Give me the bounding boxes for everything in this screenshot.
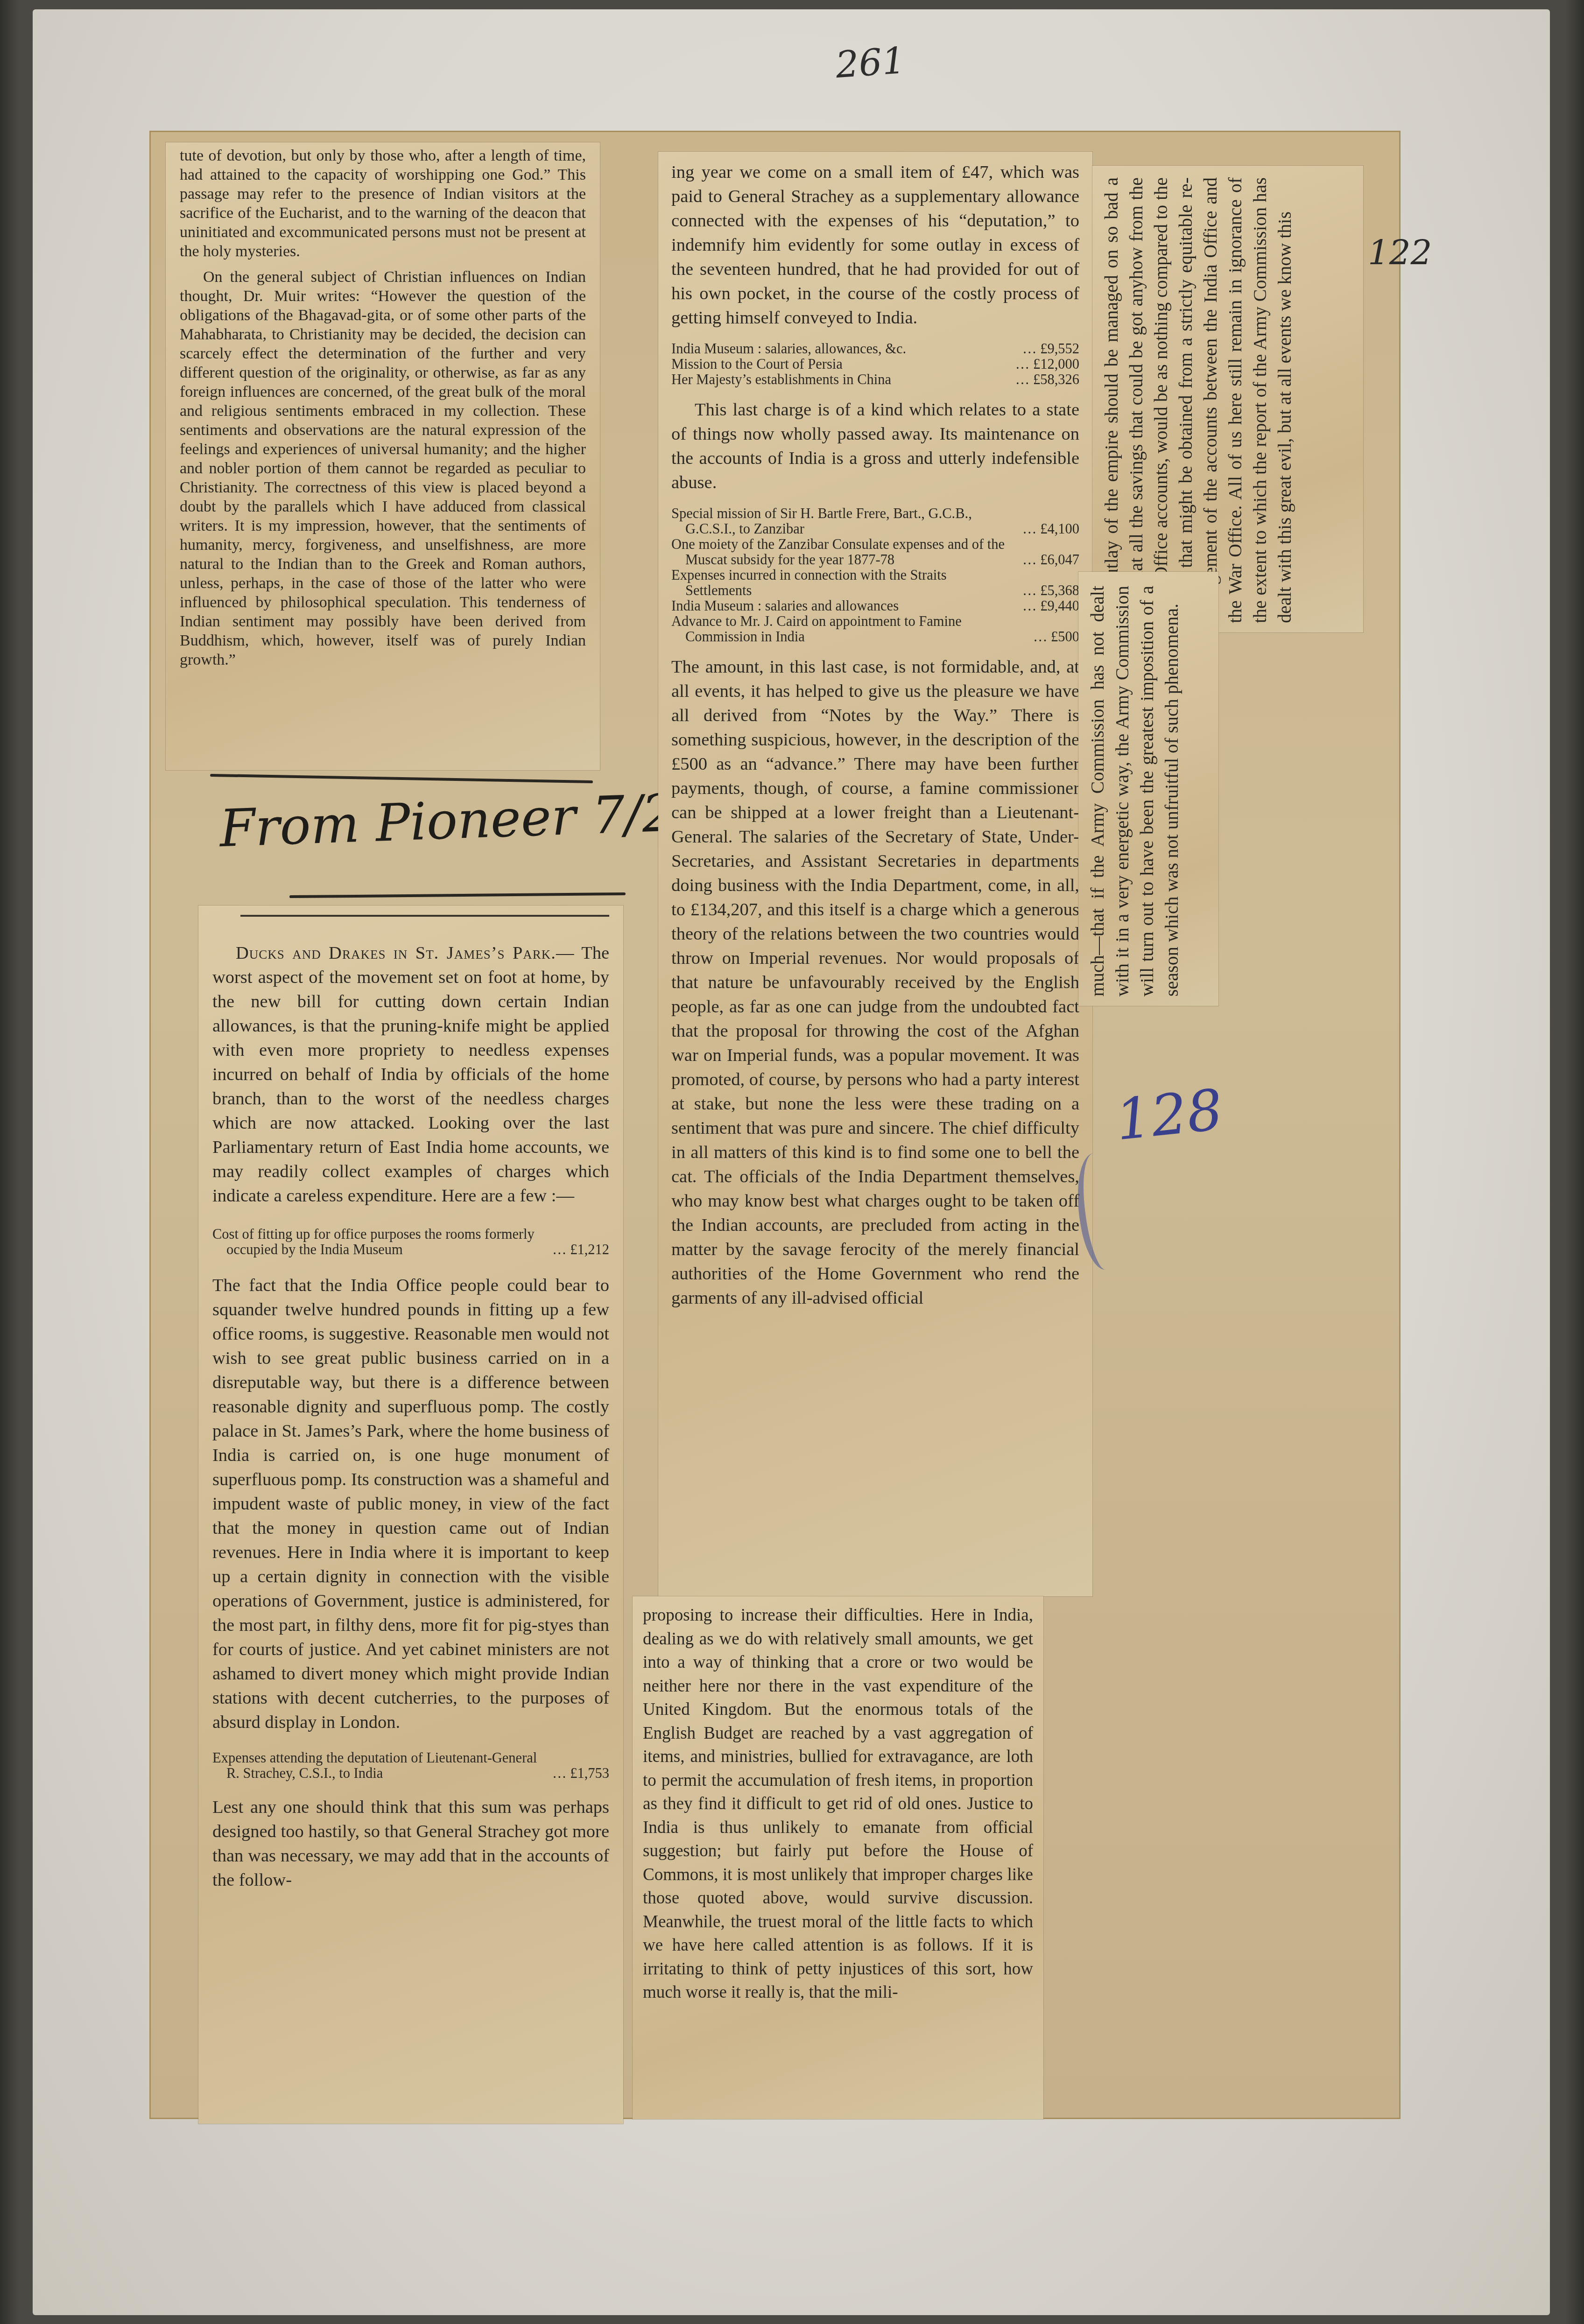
ledger-row: Cost of fitting up for office purposes t…: [212, 1227, 609, 1257]
article-heading: Ducks and Drakes in St. James’s Park.—: [236, 943, 574, 963]
clipping-ducks-and-drakes: Ducks and Drakes in St. James’s Park.— T…: [198, 906, 623, 2124]
ledger-row: Expenses attending the deputation of Lie…: [212, 1750, 609, 1781]
ledger-item: India Museum : salaries, allowances, &c.: [671, 341, 1013, 357]
ledger-row: Advance to Mr. J. Caird on appointment t…: [671, 614, 1079, 645]
ledger-amount: … £58,326: [1006, 372, 1079, 387]
ledger-item: Advance to Mr. J. Caird on appointment t…: [671, 614, 1024, 645]
folio-mark: 122: [1368, 233, 1432, 273]
ledger-row: India Museum : salaries and allowances ……: [671, 598, 1079, 614]
ledger-item: Mission to the Court of Persia: [671, 357, 1006, 372]
rotated-text-block: tary outlay of the empire should be mana…: [1099, 173, 1297, 628]
paragraph: much—that if the Army Commission has not…: [1085, 586, 1184, 997]
paragraph: proposing to increase their difficulties…: [643, 1604, 1033, 2005]
clipping-middle-column: ing year we come on a small item of £47,…: [658, 152, 1092, 1596]
clipping-rotated-military-outlay: tary outlay of the empire should be mana…: [1092, 166, 1363, 632]
paragraph: On the general subject of Christian infl…: [180, 267, 586, 669]
expense-ledger: India Museum : salaries, allowances, &c.…: [671, 341, 1079, 387]
ledger-row: One moiety of the Zanzibar Consulate exp…: [671, 537, 1079, 568]
paragraph: ing year we come on a small item of £47,…: [671, 160, 1079, 330]
ledger-item: India Museum : salaries and allowances: [671, 598, 1013, 614]
column-rule: [240, 915, 609, 917]
paragraph: The amount, in this last case, is not fo…: [671, 655, 1079, 1310]
expense-ledger: Cost of fitting up for office purposes t…: [212, 1227, 609, 1257]
clipping-christian-influences: tute of devotion, but only by those who,…: [166, 142, 600, 770]
ledger-item: Special mission of Sir H. Bartle Frere, …: [671, 506, 1013, 537]
ledger-amount: … £9,552: [1013, 341, 1079, 357]
blue-pencil-mark: 128: [1112, 1077, 1225, 1153]
ledger-item: Expenses attending the deputation of Lie…: [212, 1750, 543, 1781]
ledger-amount: … £6,047: [1013, 552, 1079, 568]
expense-ledger: Special mission of Sir H. Bartle Frere, …: [671, 506, 1079, 645]
ledger-row: Special mission of Sir H. Bartle Frere, …: [671, 506, 1079, 537]
clipping-middle-lower: proposing to increase their difficulties…: [633, 1596, 1043, 2119]
rotated-text-block: much—that if the Army Commission has not…: [1085, 581, 1184, 1001]
ledger-row: Expenses incurred in connection with the…: [671, 568, 1079, 598]
paragraph: This last charge is of a kind which rela…: [671, 398, 1079, 495]
ledger-item: One moiety of the Zanzibar Consulate exp…: [671, 537, 1013, 568]
ledger-item: Expenses incurred in connection with the…: [671, 568, 1013, 598]
ledger-amount: … £1,753: [543, 1766, 609, 1781]
ledger-amount: … £4,100: [1013, 521, 1079, 537]
ledger-row: India Museum : salaries, allowances, &c.…: [671, 341, 1079, 357]
ledger-item: Her Majesty’s establishments in China: [671, 372, 1006, 387]
ledger-amount: … £1,212: [543, 1242, 609, 1257]
page-number: 261: [834, 40, 907, 86]
ledger-row: Her Majesty’s establishments in China … …: [671, 372, 1079, 387]
ledger-amount: … £12,000: [1006, 357, 1079, 372]
ledger-amount: … £5,368: [1013, 583, 1079, 598]
expense-ledger: Expenses attending the deputation of Lie…: [212, 1750, 609, 1781]
paragraph: Lest any one should think that this sum …: [212, 1795, 609, 1892]
paragraph: The fact that the India Office people co…: [212, 1273, 609, 1734]
paragraph: tute of devotion, but only by those who,…: [180, 146, 586, 261]
clipping-rotated-army-commission: much—that if the Army Commission has not…: [1078, 572, 1218, 1006]
paragraph: The worst aspect of the movement set on …: [212, 943, 609, 1206]
ledger-amount: … £500: [1024, 629, 1079, 645]
ledger-item: Cost of fitting up for office purposes t…: [212, 1227, 543, 1257]
paragraph: tary outlay of the empire should be mana…: [1099, 177, 1297, 623]
ledger-row: Mission to the Court of Persia … £12,000: [671, 357, 1079, 372]
ledger-amount: … £9,440: [1013, 598, 1079, 614]
